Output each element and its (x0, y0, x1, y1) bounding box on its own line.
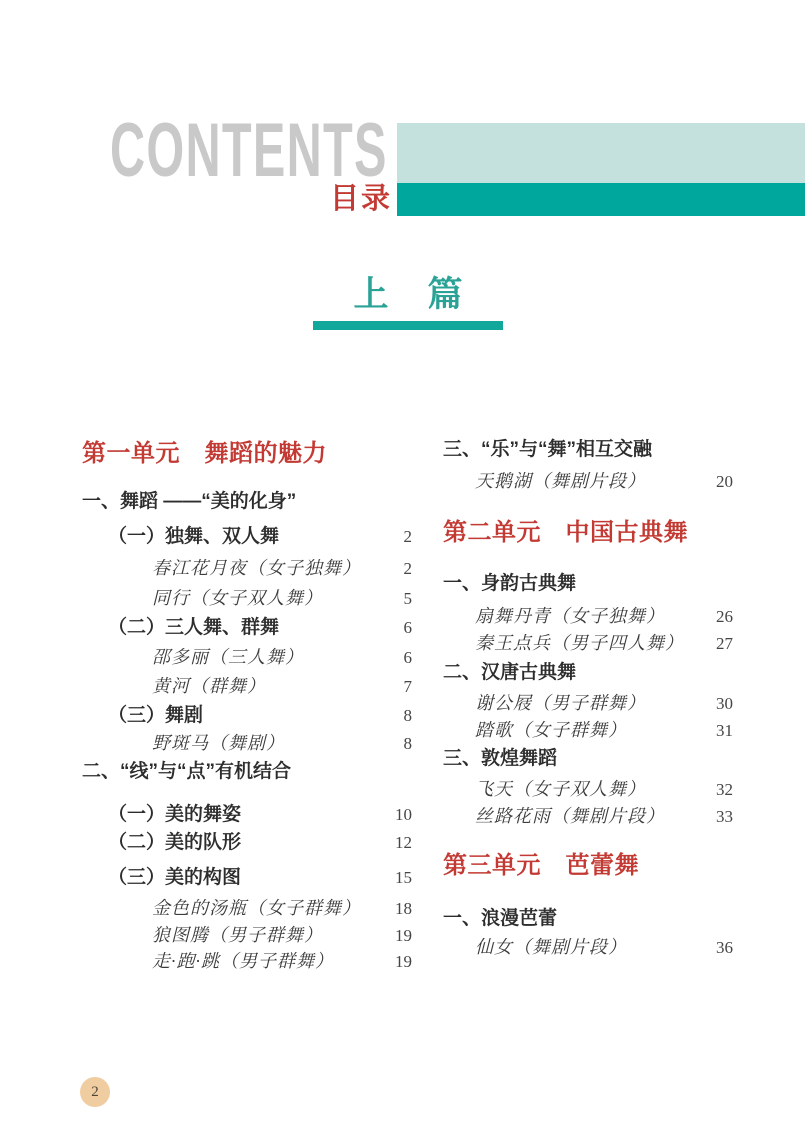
toc-entry-text: 野斑马（舞剧） (152, 730, 285, 756)
toc-entry-text: 第二单元 中国古典舞 (443, 516, 688, 550)
toc-entry-text: 天鹅湖（舞剧片段） (475, 468, 646, 494)
toc-entry: （二）美的队形12 (82, 830, 412, 856)
toc-entry-text: 金色的汤瓶（女子群舞） (152, 895, 361, 921)
toc-page-number: 26 (716, 604, 733, 630)
toc-entry-text: 一、身韵古典舞 (443, 571, 576, 597)
toc-entry: （一）美的舞姿10 (82, 802, 412, 828)
toc-entry-text: （二）美的队形 (108, 830, 241, 856)
toc-entry: 秦王点兵（男子四人舞）27 (443, 630, 733, 657)
page-number-badge: 2 (80, 1077, 110, 1107)
toc-page-number: 18 (395, 896, 412, 922)
toc-page-number: 6 (404, 645, 413, 671)
toc-page-number: 8 (404, 703, 413, 729)
toc-entry: 春江花月夜（女子独舞）2 (82, 555, 412, 582)
toc-column-right: 三、“乐”与“舞”相互交融 天鹅湖（舞剧片段）20 第二单元 中国古典舞 一、身… (443, 0, 733, 1145)
toc-entry: （二）三人舞、群舞6 (82, 615, 412, 641)
toc-entry-text: 第一单元 舞蹈的魅力 (82, 437, 327, 471)
toc-entry: （三）舞剧8 (82, 703, 412, 729)
toc-entry: 狼图腾（男子群舞）19 (82, 922, 412, 949)
toc-entry-text: （一）独舞、双人舞 (108, 524, 279, 550)
toc-entry-text: 丝路花雨（舞剧片段） (475, 803, 665, 829)
toc-entry-text: 飞天（女子双人舞） (475, 776, 646, 802)
unit-title: 第二单元 中国古典舞 (443, 516, 733, 550)
toc-entry: 丝路花雨（舞剧片段）33 (443, 803, 733, 830)
toc-entry-text: 狼图腾（男子群舞） (152, 922, 323, 948)
toc-entry: 一、浪漫芭蕾 (443, 906, 733, 932)
toc-entry-text: 第三单元 芭蕾舞 (443, 849, 639, 883)
toc-page-number: 27 (716, 631, 733, 657)
toc-entry-text: 走·跑·跳（男子群舞） (152, 948, 334, 974)
toc-entry-text: 秦王点兵（男子四人舞） (475, 630, 684, 656)
toc-entry-text: 三、“乐”与“舞”相互交融 (443, 437, 652, 463)
toc-page-number: 12 (395, 830, 412, 856)
toc-page-number: 30 (716, 691, 733, 717)
toc-entry: 三、敦煌舞蹈 (443, 746, 733, 772)
toc-page-number: 5 (404, 586, 413, 612)
toc-entry-text: 一、浪漫芭蕾 (443, 906, 557, 932)
toc-entry: 扇舞丹青（女子独舞）26 (443, 603, 733, 630)
toc-entry: 邵多丽（三人舞）6 (82, 644, 412, 671)
toc-entry-text: 谢公屐（男子群舞） (475, 690, 646, 716)
toc-entry-text: 仙女（舞剧片段） (475, 934, 627, 960)
toc-entry: 谢公屐（男子群舞）30 (443, 690, 733, 717)
toc-entry: 黄河（群舞）7 (82, 673, 412, 700)
page-number: 2 (91, 1084, 99, 1101)
toc-entry-text: 踏歌（女子群舞） (475, 717, 627, 743)
toc-page-number: 10 (395, 802, 412, 828)
unit-title: 第三单元 芭蕾舞 (443, 849, 733, 883)
toc-page-number: 6 (404, 615, 413, 641)
toc-entry-text: 三、敦煌舞蹈 (443, 746, 557, 772)
toc-entry-text: 二、“线”与“点”有机结合 (82, 759, 291, 785)
toc-column-left: 第一单元 舞蹈的魅力 一、舞蹈 ——“美的化身” （一）独舞、双人舞2 春江花月… (82, 0, 412, 1145)
toc-entry-text: （三）美的构图 (108, 865, 241, 891)
toc-entry: 天鹅湖（舞剧片段）20 (443, 468, 733, 495)
toc-entry: 野斑马（舞剧）8 (82, 730, 412, 757)
toc-entry-text: 同行（女子双人舞） (152, 585, 323, 611)
toc-page-number: 19 (395, 923, 412, 949)
toc-entry-text: 黄河（群舞） (152, 673, 266, 699)
toc-entry: 走·跑·跳（男子群舞）19 (82, 948, 412, 975)
toc-entry: 同行（女子双人舞）5 (82, 585, 412, 612)
toc-entry: （三）美的构图15 (82, 865, 412, 891)
toc-entry: 仙女（舞剧片段）36 (443, 934, 733, 961)
toc-page-number: 7 (404, 674, 413, 700)
toc-entry: 踏歌（女子群舞）31 (443, 717, 733, 744)
toc-entry-text: 一、舞蹈 ——“美的化身” (82, 489, 296, 515)
toc-page-number: 32 (716, 777, 733, 803)
toc-entry: 一、身韵古典舞 (443, 571, 733, 597)
toc-page-number: 8 (404, 731, 413, 757)
toc-entry: 三、“乐”与“舞”相互交融 (443, 437, 733, 463)
toc-entry: 一、舞蹈 ——“美的化身” (82, 489, 412, 515)
toc-entry: 飞天（女子双人舞）32 (443, 776, 733, 803)
toc-page-number: 15 (395, 865, 412, 891)
toc-entry-text: 二、汉唐古典舞 (443, 660, 576, 686)
toc-page-number: 33 (716, 804, 733, 830)
toc-entry-text: （三）舞剧 (108, 703, 203, 729)
toc-entry-text: 扇舞丹青（女子独舞） (475, 603, 665, 629)
unit-title: 第一单元 舞蹈的魅力 (82, 437, 412, 471)
toc-entry-text: （二）三人舞、群舞 (108, 615, 279, 641)
toc-page-number: 20 (716, 469, 733, 495)
toc-page-number: 19 (395, 949, 412, 975)
toc-page-number: 2 (404, 556, 413, 582)
toc-entry: 二、汉唐古典舞 (443, 660, 733, 686)
toc-page-number: 31 (716, 718, 733, 744)
toc-page-number: 36 (716, 935, 733, 961)
toc-page-number: 2 (404, 524, 413, 550)
toc-entry: （一）独舞、双人舞2 (82, 524, 412, 550)
toc-entry-text: 邵多丽（三人舞） (152, 644, 304, 670)
toc-entry-text: （一）美的舞姿 (108, 802, 241, 828)
toc-entry: 金色的汤瓶（女子群舞）18 (82, 895, 412, 922)
toc-entry-text: 春江花月夜（女子独舞） (152, 555, 361, 581)
toc-entry: 二、“线”与“点”有机结合 (82, 759, 412, 785)
